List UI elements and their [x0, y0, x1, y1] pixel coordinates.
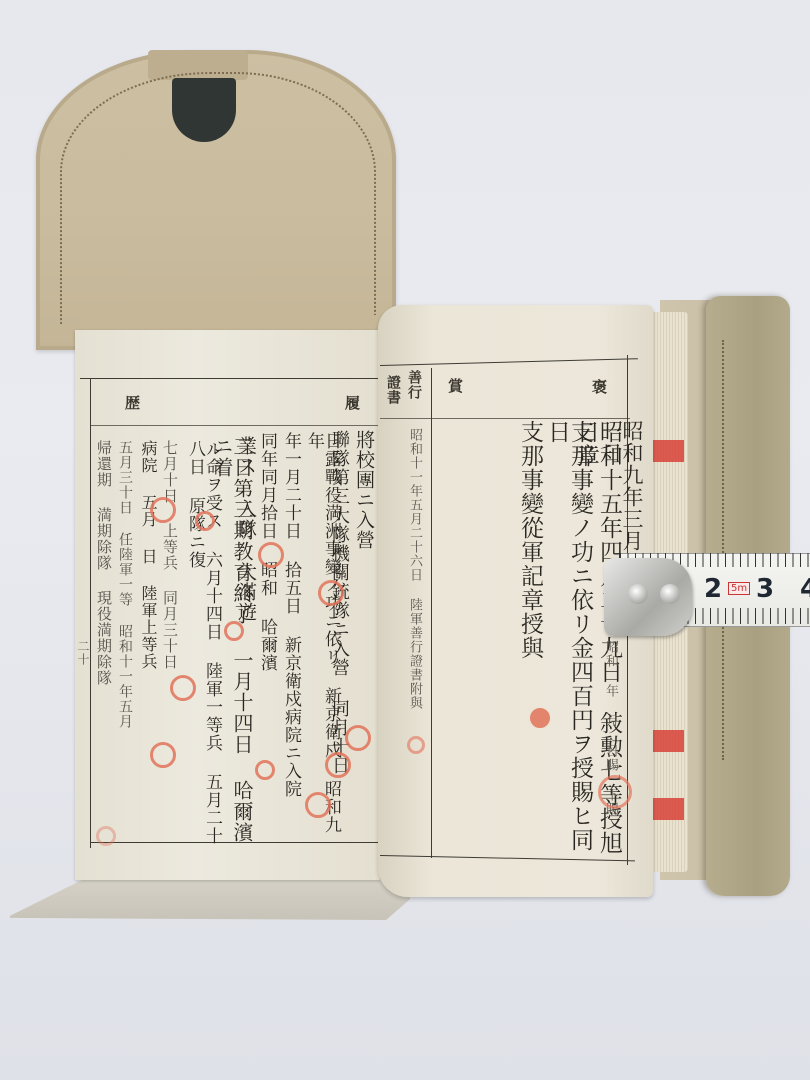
award-column: 支那事變從軍記章授與: [518, 420, 541, 720]
seal-stamp-icon: [345, 725, 371, 751]
header-char: 賞: [448, 375, 463, 396]
page-number: 二十: [77, 640, 89, 666]
header-char: 歴: [125, 392, 140, 413]
page-rule: [431, 368, 432, 858]
page-rule: [90, 425, 380, 426]
seal-stamp-icon: [150, 742, 176, 768]
seal-stamp-icon: [598, 775, 632, 809]
index-tab: [648, 440, 684, 462]
snap-button-icon: [172, 78, 236, 142]
tape-badge: 5m: [728, 582, 750, 595]
seal-stamp-icon: [224, 621, 244, 641]
record-column: 將校團ニ入營: [354, 430, 373, 840]
seal-stamp-icon: [325, 752, 351, 778]
record-column: 同年同月拾日 昭和 哈爾濱: [258, 432, 275, 842]
page-rule: [80, 378, 380, 379]
tape-number: 3: [756, 574, 774, 604]
header-certificate: 證書: [386, 375, 400, 425]
seal-stamp-icon: [258, 542, 284, 568]
header-good-conduct: 善行: [407, 370, 421, 420]
seal-stamp-icon: [96, 826, 116, 846]
seal-stamp-icon: [530, 708, 550, 728]
rivet-icon: [660, 584, 680, 604]
tape-number: 2: [704, 574, 722, 604]
page-rule: [90, 378, 91, 848]
seal-stamp-icon: [407, 736, 425, 754]
faint-printed-column: 昭和 年 月 日賜 下賜: [604, 640, 617, 840]
record-column: ル命ヲ受ス 六月十四日 陸軍一等兵 五月二十八日 原隊ニ復: [186, 440, 220, 850]
rivet-icon: [628, 584, 648, 604]
record-column: 帰還期 満期除隊 現役満期除隊: [96, 440, 111, 850]
good-conduct-entry: 昭和十一年五月二十六日 陸軍善行證書附與: [408, 428, 421, 758]
seal-stamp-icon: [170, 675, 196, 701]
index-tab: [648, 798, 684, 820]
seal-stamp-icon: [305, 792, 331, 818]
record-column: 日露戰役満洲事變ノ功ニ依リ 新京衛戍 昭和九年: [305, 432, 339, 842]
seal-stamp-icon: [255, 760, 275, 780]
record-column: 五月三十日 任陸軍一等 昭和十一年五月: [118, 440, 132, 850]
award-column: 支那事變ノ功ニ依リ金四百円ヲ授賜ヒ同日: [545, 420, 591, 860]
index-tab: [648, 730, 684, 752]
header-char: 褒: [592, 376, 607, 397]
record-column: 年一月二十日 拾五日 新京衛戍病院ニ入院: [282, 432, 299, 842]
strap-stitching: [722, 340, 726, 760]
seal-stamp-icon: [195, 511, 215, 531]
header-char: 履: [345, 392, 360, 413]
seal-stamp-icon: [150, 497, 176, 523]
tape-number: 4: [800, 574, 810, 604]
seal-stamp-icon: [318, 580, 344, 606]
